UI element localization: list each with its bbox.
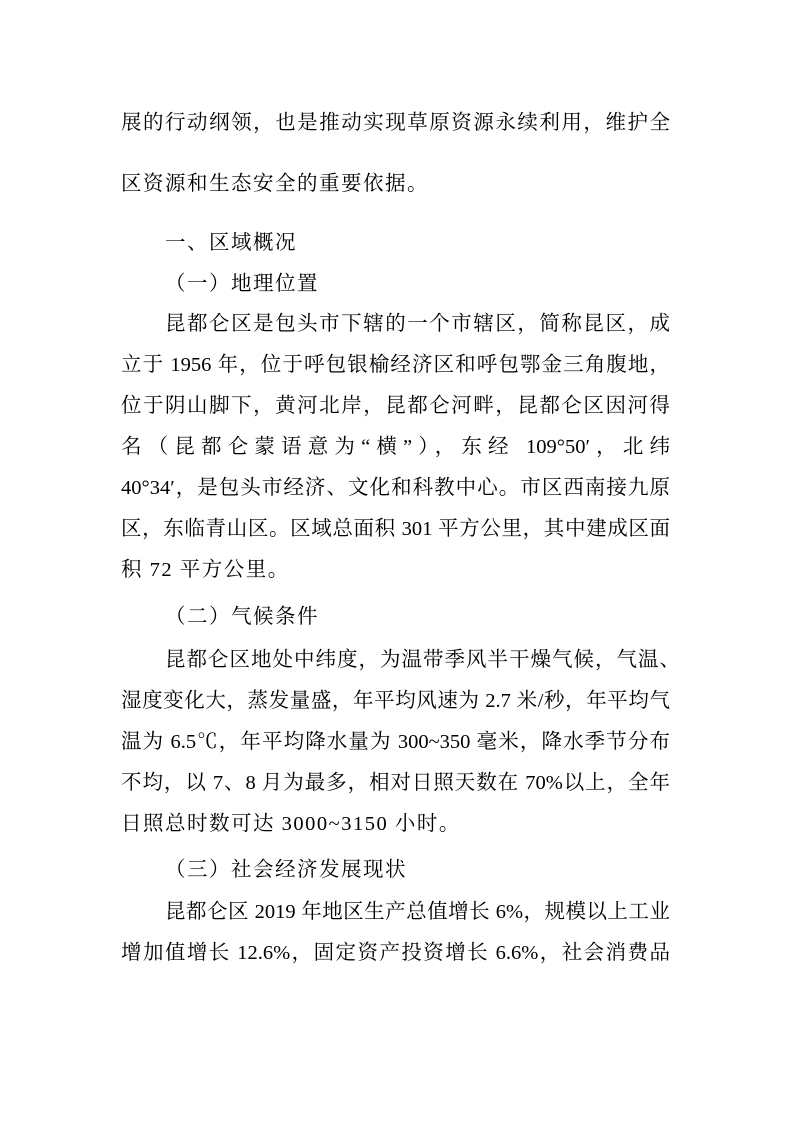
paragraph-line: 温为 6.5℃，年平均降水量为 300~350 毫米，降水季节分布 [121,727,670,757]
paragraph-line: 名（昆都仑蒙语意为“横”），东经 109°50′，北纬 [121,432,670,462]
paragraph-line: 区资源和生态安全的重要依据。 [121,169,670,199]
paragraph-line: 增加值增长 12.6%，固定资产投资增长 6.6%，社会消费品 [121,938,670,968]
paragraph-line: 40°34′，是包头市经济、文化和科教中心。市区西南接九原 [121,473,670,503]
paragraph-line: 昆都仑区 2019 年地区生产总值增长 6%，规模以上工业 [165,897,670,927]
section-heading: 一、区域概况 [165,228,297,258]
paragraph-line: 积 72 平方公里。 [121,555,670,585]
paragraph-line: 昆都仑区地处中纬度，为温带季风半干燥气候，气温、 [165,645,680,675]
paragraph-line: 湿度变化大，蒸发量盛，年平均风速为 2.7 米/秒，年平均气 [121,686,670,716]
paragraph-line: 不均，以 7、8 月为最多，相对日照天数在 70%以上，全年 [121,768,670,798]
subsection-heading: （二）气候条件 [165,602,319,632]
subsection-heading: （一）地理位置 [165,269,319,299]
paragraph-line: 立于 1956 年，位于呼包银榆经济区和呼包鄂金三角腹地， [121,350,670,380]
document-page: 展的行动纲领，也是推动实现草原资源永续利用，维护全 区资源和生态安全的重要依据。… [0,0,793,1122]
paragraph-line: 展的行动纲领，也是推动实现草原资源永续利用，维护全 [121,108,670,138]
paragraph-line: 区，东临青山区。区域总面积 301 平方公里，其中建成区面 [121,514,670,544]
paragraph-line: 日照总时数可达 3000~3150 小时。 [121,809,670,839]
paragraph-line: 昆都仑区是包头市下辖的一个市辖区，简称昆区，成 [165,309,670,339]
paragraph-line: 位于阴山脚下，黄河北岸，昆都仑河畔，昆都仑区因河得 [121,391,670,421]
subsection-heading: （三）社会经济发展现状 [165,855,407,885]
